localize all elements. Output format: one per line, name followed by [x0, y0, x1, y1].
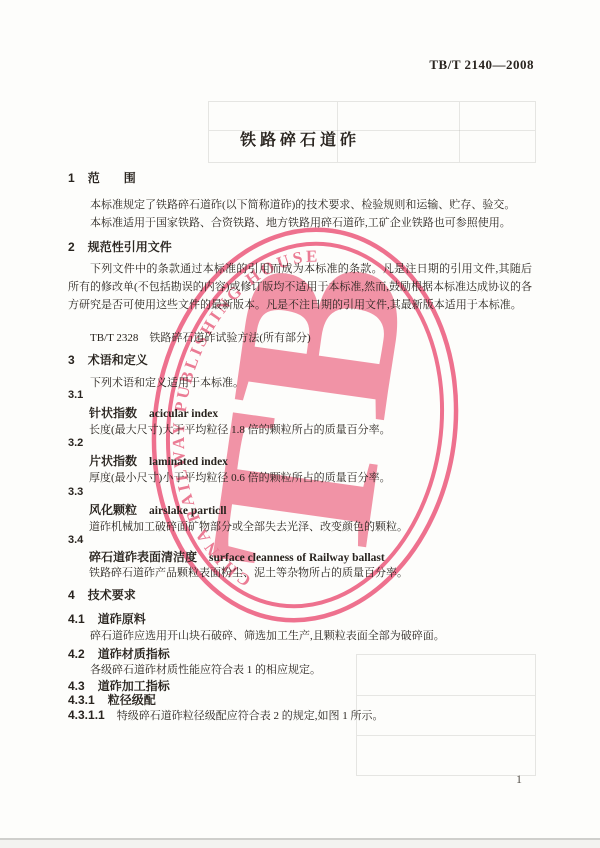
section-number: 4.3.1	[68, 693, 95, 707]
section-number: 4.3.1.1	[68, 708, 105, 722]
term-english: laminated index	[149, 456, 228, 468]
section-number: 4	[68, 588, 75, 602]
term-title: 风化颗粒airslake particll	[89, 501, 227, 518]
paragraph: 下列文件中的条款通过本标准的引用而成为本标准的条款。凡是注日期的引用文件,其随后…	[68, 260, 532, 314]
section-number: 4.1	[68, 612, 85, 626]
term-definition: 铁路碎石道砟产品颗粒表面粉尘、泥土等杂物所占的质量百分率。	[89, 564, 532, 580]
section-4-1-heading: 4.1道砟原料	[68, 610, 146, 627]
term-english: airslake particll	[149, 505, 227, 517]
paragraph: 本标准适用于国家铁路、合资铁路、地方铁路用碎石道砟,工矿企业铁路也可参照使用。	[68, 214, 532, 232]
page-title: 铁路碎石道砟	[0, 127, 600, 150]
section-number: 2	[68, 240, 75, 254]
scanned-standard-page: TB CHINA RAILWAY PUBLISHING HOUSE TB/T 2…	[0, 0, 600, 848]
term-definition: 道砟机械加工破碎面矿物部分或全部失去光泽、改变颜色的颗粒。	[89, 518, 532, 534]
section-2-heading: 2规范性引用文件	[68, 238, 172, 255]
section-4-3-1-heading: 4.3.1粒径级配	[68, 691, 156, 708]
section-label: 道砟材质指标	[98, 647, 170, 661]
clause-text: 特级碎石道砟粒径级配应符合表 2 的规定,如图 1 所示。	[117, 710, 384, 722]
term-definition: 厚度(最小尺寸)小于平均粒径 0.6 倍的颗粒所占的质量百分率。	[89, 469, 532, 485]
section-label: 范 围	[88, 171, 136, 185]
section-label: 道砟原料	[98, 612, 146, 626]
term-title: 片状指数laminated index	[89, 452, 228, 469]
section-4-3-1-1-heading: 4.3.1.1特级碎石道砟粒径级配应符合表 2 的规定,如图 1 所示。	[68, 707, 383, 723]
standard-number: TB/T 2140—2008	[429, 57, 534, 73]
section-label: 规范性引用文件	[88, 240, 172, 254]
section-number: 4.2	[68, 647, 85, 661]
term-definition: 长度(最大尺寸)大于平均粒径 1.8 倍的颗粒所占的质量百分率。	[89, 421, 532, 437]
paragraph: 下列术语和定义适用于本标准。	[68, 374, 532, 392]
section-4-2-heading: 4.2道砟材质指标	[68, 645, 170, 662]
paragraph: 本标准规定了铁路碎石道砟(以下简称道砟)的技术要求、检验规则和运输、贮存、验交。	[68, 196, 532, 214]
section-4-heading: 4技术要求	[68, 586, 136, 603]
term-chinese: 片状指数	[89, 454, 137, 468]
term-number: 3.3	[68, 486, 83, 498]
term-number: 3.2	[68, 437, 83, 449]
term-chinese: 针状指数	[89, 406, 137, 420]
paragraph: 碎石道砟应选用开山块石破碎、筛选加工生产,且颗粒表面全部为破碎面。	[68, 627, 532, 645]
section-number: 3	[68, 353, 75, 367]
term-chinese: 碎石道砟表面清洁度	[89, 550, 197, 564]
normative-reference: TB/T 2328 铁路碎石道砟试验方法(所有部分)	[68, 329, 532, 347]
term-title: 碎石道砟表面清洁度surface cleanness of Railway ba…	[89, 548, 385, 565]
term-chinese: 风化颗粒	[89, 503, 137, 517]
scan-bottom-margin	[0, 840, 600, 848]
document-text: TB/T 2140—2008 铁路碎石道砟 1范 围 本标准规定了铁路碎石道砟(…	[0, 0, 600, 848]
term-title: 针状指数acicular index	[89, 404, 218, 421]
section-number: 1	[68, 171, 75, 185]
section-1-heading: 1范 围	[68, 169, 136, 186]
term-number: 3.4	[68, 534, 83, 546]
section-3-heading: 3术语和定义	[68, 351, 148, 368]
term-english: surface cleanness of Railway ballast	[209, 552, 385, 564]
term-number: 3.1	[68, 389, 83, 401]
section-label: 粒径级配	[108, 693, 156, 707]
section-label: 术语和定义	[88, 353, 148, 367]
term-english: acicular index	[149, 408, 218, 420]
page-number: 1	[516, 772, 522, 787]
section-label: 技术要求	[88, 588, 136, 602]
